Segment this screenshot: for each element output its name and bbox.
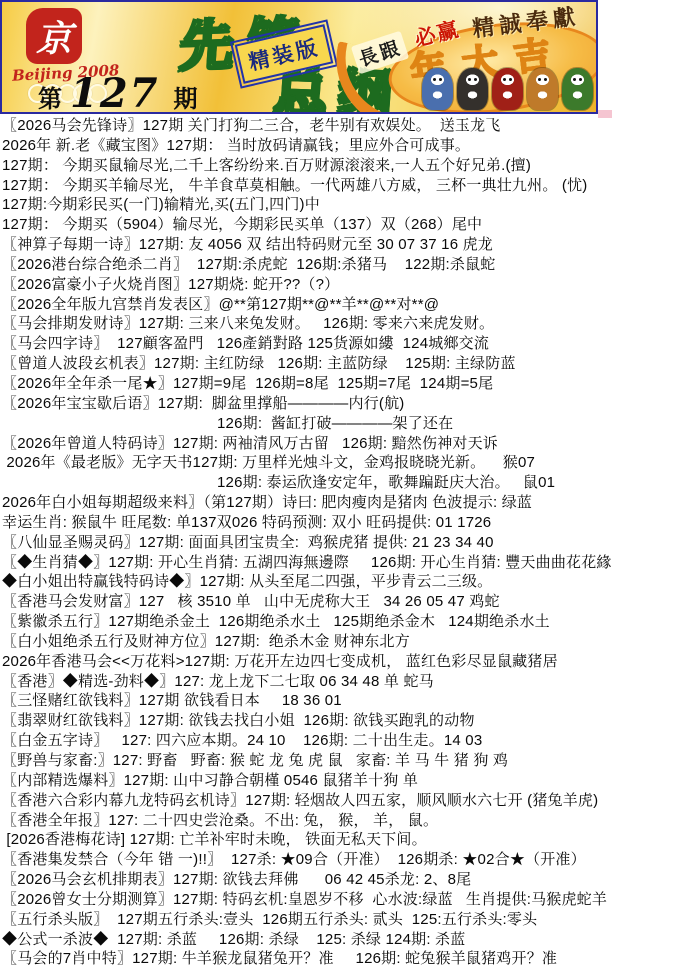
tip-line: 〖2026马会玄机排期表〗127期: 欲钱去拜佛 06 42 45杀龙: 2、8… — [2, 870, 688, 890]
fuwa-nini-green-icon — [562, 68, 593, 110]
tip-line: 〖2026富豪小子火烧肖图〗127期烧: 蛇开??（?） — [2, 275, 688, 295]
tip-line: 〖神算子每期一诗〗127期: 友 4056 双 结出特码财元至 30 07 37… — [2, 235, 688, 255]
tip-line: 〖内部精选爆料〗127期: 山中习静合朝槿 0546 鼠猪羊十狗 单 — [2, 771, 688, 791]
tip-line: 〖2026曾女士分期测算〗127期: 特码玄机:皇恩岁不移 心水波:绿蓝 生肖提… — [2, 890, 688, 910]
fuwa-beibei-blue-icon — [422, 68, 453, 110]
tip-line: 2026年 新.老《藏宝图》127期： 当时放码请赢钱；里应外合可成事。 — [2, 136, 688, 156]
issue-prefix: 第 — [38, 86, 62, 113]
tip-line: 〖2026港台综合绝杀二肖〗 127期:杀虎蛇 126期:杀猪马 122期:杀鼠… — [2, 255, 688, 275]
seal-glyph: 京 — [36, 11, 72, 62]
fuwa-yingying-orange-icon — [527, 68, 558, 110]
tip-line: 〖2026年宝宝歇后语〗127期: 脚盆里撑船————内行(航) — [2, 394, 688, 414]
fuwa-mascots — [422, 68, 593, 110]
tip-line: 127期： 今期买鼠输尽光,二千上客纷纷来.百万财源滚滚来,一人五个好兄弟.(擅… — [2, 156, 688, 176]
tip-line: 2026年《最老版》无字天书127期: 万里样光烛斗文，金鸡报晓晓光新。 猴07 — [2, 453, 688, 473]
tip-line: [2026香港梅花诗] 127期: 亡羊补牢时未晚， 铁面无私天下间。 — [2, 830, 688, 850]
tip-line: 127期:今期彩民买(一门)输精光,买(五门,四门)中 — [2, 195, 688, 215]
tip-line: 2026年香港马会<<万花料>127期: 万花开左边四七变成机， 蓝红色彩尽显鼠… — [2, 652, 688, 672]
tip-line: 〖八仙显圣赐灵码〗127期: 面面具团宝贵全: 鸡猴虎猪 提供: 21 23 3… — [2, 533, 688, 553]
tip-line: ◆白小姐出特赢钱特码诗◆〗127期: 从头至尾二四强，平步青云二三级。 — [2, 572, 688, 592]
tip-line: 〖三怪赌红欲钱料〗127期 欲钱看日本 18 36 01 — [2, 691, 688, 711]
tip-line: 126期: 酱缸打破————架了还在 — [2, 414, 688, 434]
tip-line: 〖白小姐绝杀五行及财神方位〗127期: 绝杀木金 财神东北方 — [2, 632, 688, 652]
tip-line: 〖香港六合彩内幕九龙特码玄机诗〗127期: 轻烟故人四五家，顺风顺水六七开 (猪… — [2, 791, 688, 811]
tip-line: ◆公式一杀波◆ 127期: 杀蓝 126期: 杀绿 125: 杀绿 124期: … — [2, 930, 688, 950]
tip-line: 〖2026马会先锋诗〗127期 关门打狗二三合，老牛别有欢娱处。 送玉龙飞 — [2, 116, 688, 136]
tip-line: 〖香港〗◆精选-劲料◆〗127: 龙上龙下二七取 06 34 48 单 蛇马 — [2, 672, 688, 692]
tip-line: 〖曾道人波段玄机表〗127期: 主红防绿 126期: 主蓝防绿 125期: 主绿… — [2, 354, 688, 374]
tip-line: 幸运生肖: 猴鼠牛 旺尾数: 单137双026 特码预测: 双小 旺码提供: 0… — [2, 513, 688, 533]
tip-line: 2026年白小姐每期超级来料〗（第127期）诗曰: 肥肉瘦肉是猪肉 色波提示: … — [2, 493, 688, 513]
beijing-seal-icon: 京 — [26, 8, 82, 64]
tip-line: 〖马会的7肖中特〗127期: 牛羊猴龙鼠猪兔开？准 126期: 蛇兔猴羊鼠猪鸡开… — [2, 949, 688, 969]
tip-line: 126期: 泰运欣逢安定年，歌舞蹁跹庆大治。 鼠01 — [2, 473, 688, 493]
tip-line: 〖五行杀头版〗 127期五行杀头:壹头 126期五行杀头: 贰头 125:五行杀… — [2, 910, 688, 930]
tip-line: 〖香港马会发财富〗127 核 3510 单 山中无虎称大王 34 26 05 4… — [2, 592, 688, 612]
issue-value: 127 — [70, 70, 160, 114]
fuwa-huanhuan-red-icon — [492, 68, 523, 110]
tip-line: 〖紫徽杀五行〗127期绝杀金土 126期绝杀水土 125期绝杀金木 124期绝杀… — [2, 612, 688, 632]
page: 京 Beijing 2008 先锋 总纲 第127期 精装版 年大吉 必赢 精誠… — [0, 0, 688, 977]
tip-line: 〖野兽与家畜:〗127: 野畜 野畜: 猴 蛇 龙 兔 虎 鼠 家畜: 羊 马 … — [2, 751, 688, 771]
tip-line: 〖香港集发禁合（今年 错 一)!!〗 127杀: ★09合（开准） 126期杀:… — [2, 850, 688, 870]
tip-line: 〖马会四字诗〗 127顧客盈門 126產銷對路 125货源如縷 124城鄉交流 — [2, 334, 688, 354]
tip-line: 〖翡翠财红欲钱料〗127期: 欲钱去找白小姐 126期: 欲钱买跑乳的动物 — [2, 711, 688, 731]
tip-line: 〖白金五字诗〗 127: 四六应本期。24 10 126期: 二十出生走。14 … — [2, 731, 688, 751]
tip-line: 127期： 今期买（5904）输尽光，今期彩民买单（137）双（268）尾中 — [2, 215, 688, 235]
tips-list: 〖2026马会先锋诗〗127期 关门打狗二三合，老牛别有欢娱处。 送玉龙飞202… — [2, 116, 688, 969]
tip-line: 〖马会排期发财诗〗127期: 三来八来兔发财。 126期: 零来六来虎发财。 — [2, 314, 688, 334]
fuwa-jingjing-panda-icon — [457, 68, 488, 110]
tip-line: 127期： 今期买羊输尽光， 牛羊食草莫相触。一代两雄八方威， 三杯一典壮九州。… — [2, 176, 688, 196]
tip-line: 〖2026年全年杀一尾★〗127期=9尾 126期=8尾 125期=7尾 124… — [2, 374, 688, 394]
masthead: 京 Beijing 2008 先锋 总纲 第127期 精装版 年大吉 必赢 精誠… — [0, 0, 598, 114]
issue-suffix: 期 — [174, 86, 198, 113]
tip-line: 〖香港全年报〗127: 二十四史尝沧桑。不出: 兔， 猴， 羊， 鼠。 — [2, 811, 688, 831]
tip-line: 〖2026年曾道人特码诗〗127期: 两袖清风万古留 126期: 黯然伤神对天诉 — [2, 434, 688, 454]
issue-number: 第127期 — [38, 70, 198, 114]
tip-line: 〖◆生肖猜◆〗127期: 开心生肖猜: 五湖四海無邊際 126期: 开心生肖猜:… — [2, 553, 688, 573]
tip-line: 〖2026全年版九宫禁肖发表区〗@**第127期**@**羊**@**对**@ — [2, 295, 688, 315]
